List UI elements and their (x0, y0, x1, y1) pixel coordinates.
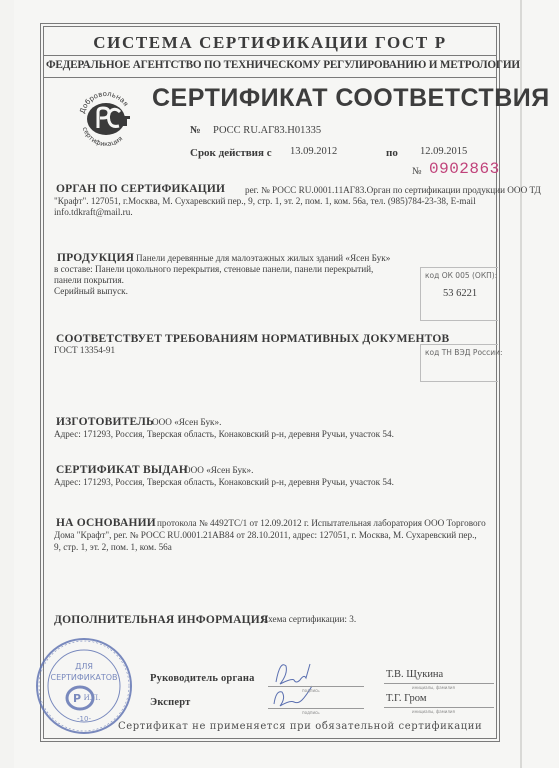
head-name-caption: инициалы, фамилия (412, 685, 455, 690)
additional-info-heading: ДОПОЛНИТЕЛЬНАЯ ИНФОРМАЦИЯ (54, 614, 268, 626)
footer-notice: Сертификат не применяется при обязательн… (118, 721, 482, 732)
conformity-heading: СООТВЕТСТВУЕТ ТРЕБОВАНИЯМ НОРМАТИВНЫХ ДО… (56, 333, 449, 345)
certification-body-heading: ОРГАН ПО СЕРТИФИКАЦИИ (56, 183, 225, 195)
svg-text:И.П.: И.П. (84, 694, 101, 702)
basis-line1: протокола № 4492ТС/1 от 12.09.2012 г. Ис… (157, 518, 486, 528)
serial-number: 0902863 (429, 160, 500, 178)
page-edge (520, 0, 522, 768)
issued-to-name: ООО «Ясен Бук». (184, 465, 253, 475)
expert-name-caption: инициалы, фамилия (412, 709, 455, 714)
valid-to: 12.09.2015 (420, 146, 467, 157)
certificate-title: СЕРТИФИКАТ СООТВЕТСТВИЯ (152, 84, 550, 113)
expert-name-line (384, 707, 494, 708)
basis-heading: НА ОСНОВАНИИ (56, 517, 156, 529)
serial-label: № (412, 166, 422, 177)
head-label: Руководитель органа (150, 673, 255, 684)
expert-name: Т.Г. Гром (386, 693, 426, 704)
svg-text:-10-: -10- (77, 715, 91, 723)
certification-body-line2: "Крафт". 127051, г.Москва, М. Сухаревски… (54, 196, 476, 206)
system-title: СИСТЕМА СЕРТИФИКАЦИИ ГОСТ Р (0, 33, 540, 53)
head-signature-line (268, 686, 364, 687)
head-name-line (384, 683, 494, 684)
expert-signature-line (268, 708, 364, 709)
manufacturer-name: ООО «Ясен Бук». (152, 417, 221, 427)
basis-line3: 9, стр. 1, эт. 2, пом. 1, ком. 56а (54, 542, 172, 552)
issued-to-heading: СЕРТИФИКАТ ВЫДАН (56, 464, 188, 476)
pct-logo-icon: Добровольная сертификация (76, 88, 136, 148)
certification-body-line1: рег. № РОСС RU.0001.11АГ83.Орган по серт… (245, 185, 541, 195)
head-signature-caption: подпись (302, 688, 320, 693)
svg-text:ДЛЯ: ДЛЯ (75, 662, 93, 671)
issued-to-address: Адрес: 171293, Россия, Тверская область,… (54, 477, 394, 487)
manufacturer-address: Адрес: 171293, Россия, Тверская область,… (54, 429, 394, 439)
validity-label: Срок действия с (190, 147, 272, 159)
valid-from: 13.09.2012 (290, 146, 337, 157)
okp-code-label: код ОК 005 (ОКП): (425, 271, 497, 280)
product-line3: панели покрытия. (54, 275, 124, 285)
header-divider-2 (43, 77, 497, 78)
head-name: Т.В. Щукина (386, 669, 443, 680)
additional-info-text: Схема сертификации: 3. (262, 614, 356, 624)
tnved-code-label: код ТН ВЭД России: (425, 348, 503, 357)
product-line2: в составе: Панели цокольного перекрытия,… (54, 264, 373, 274)
product-line4: Серийный выпуск. (54, 286, 128, 296)
valid-to-label: по (386, 147, 398, 159)
svg-text:СЕРТИФИКАТОВ: СЕРТИФИКАТОВ (50, 673, 117, 682)
certificate-number: РОСС RU.АГ83.Н01335 (213, 125, 321, 136)
header-divider (43, 55, 497, 56)
conformity-standard: ГОСТ 13354-91 (54, 345, 115, 355)
product-line1: Панели деревянные для малоэтажных жилых … (136, 253, 390, 263)
agency-name: ФЕДЕРАЛЬНОЕ АГЕНТСТВО ПО ТЕХНИЧЕСКОМУ РЕ… (46, 59, 494, 71)
manufacturer-heading: ИЗГОТОВИТЕЛЬ (56, 416, 154, 428)
product-heading: ПРОДУКЦИЯ (57, 252, 134, 264)
basis-line2: Дома "Крафт", рег. № РОСС RU.0001.21АВ84… (54, 530, 477, 540)
certification-body-line3: info.tdkraft@mail.ru. (54, 207, 133, 217)
expert-signature-caption: подпись (302, 710, 320, 715)
pct-logo: Добровольная сертификация (76, 88, 136, 148)
expert-label: Эксперт (150, 697, 191, 708)
number-label: № (190, 125, 201, 136)
svg-text:P: P (73, 692, 81, 705)
okp-code-value: 53 6221 (443, 288, 477, 299)
